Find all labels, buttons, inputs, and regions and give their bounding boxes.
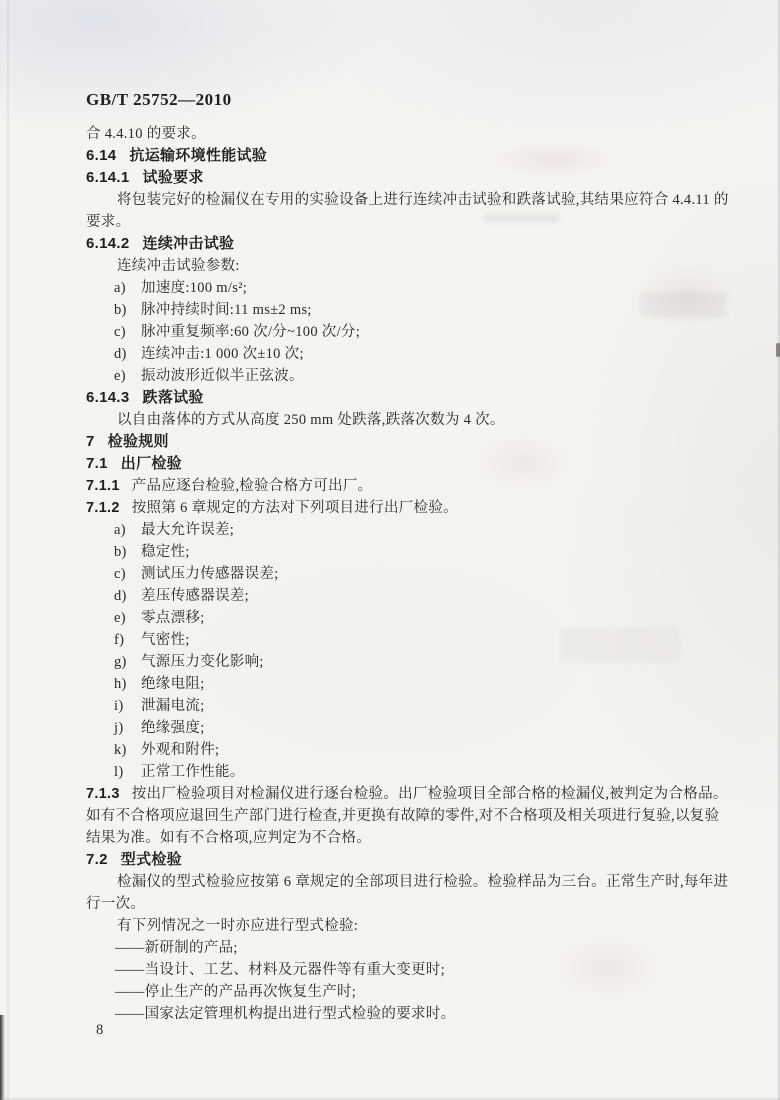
list-text: 测试压力传感器误差;	[141, 566, 279, 582]
section-heading-6-14-2: 6.14.2连续冲击试验	[86, 233, 710, 255]
clause-text: 按出厂检验项目对检漏仪进行逐台检验。出厂检验项目全部合格的检漏仪,被判定为合格品…	[132, 786, 728, 802]
list-letter: e)	[114, 607, 141, 629]
chapter-heading-7: 7检验规则	[86, 431, 710, 453]
body-line: 有下列情况之一时亦应进行型式检验:	[86, 915, 710, 937]
section-heading-6-14-3: 6.14.3跌落试验	[86, 387, 710, 409]
clause-line-7-1-1: 7.1.1产品应逐台检验,检验合格方可出厂。	[86, 475, 710, 497]
list-item: e)零点漂移;	[86, 607, 710, 629]
list-letter: b)	[114, 541, 141, 563]
list-letter: k)	[114, 739, 141, 761]
list-letter: c)	[114, 321, 141, 343]
list-item: e)振动波形近似半正弦波。	[86, 365, 710, 387]
standard-number: GB/T 25752—2010	[86, 90, 232, 110]
clause-number: 7.1.2	[86, 500, 120, 516]
list-item: i)泄漏电流;	[86, 695, 710, 717]
list-text: 气密性;	[141, 632, 190, 648]
document-page: GB/T 25752—2010 合 4.4.10 的要求。 6.14抗运输环境性…	[0, 0, 780, 1100]
body-line: 合 4.4.10 的要求。	[86, 123, 710, 145]
clause-number: 7.1.3	[86, 786, 120, 802]
section-number: 6.14.3	[86, 389, 130, 406]
body-line: 行一次。	[86, 893, 710, 915]
section-title: 抗运输环境性能试验	[129, 147, 267, 164]
document-body: 合 4.4.10 的要求。 6.14抗运输环境性能试验 6.14.1试验要求 将…	[86, 123, 710, 1025]
list-text: 最大允许误差;	[141, 522, 234, 538]
dash-item: ——国家法定管理机构提出进行型式检验的要求时。	[86, 1003, 710, 1025]
section-title: 检验规则	[108, 433, 169, 450]
list-item: a)最大允许误差;	[86, 519, 710, 541]
list-letter: a)	[114, 519, 141, 541]
body-line: 如有不合格项应退回生产部门进行检查,并更换有故障的零件,对不合格项及相关项进行复…	[86, 805, 710, 827]
list-text: 振动波形近似半正弦波。	[141, 368, 304, 384]
clause-text: 产品应逐台检验,检验合格方可出厂。	[132, 478, 373, 494]
body-line: 要求。	[86, 211, 710, 233]
scan-edge-line	[7, 0, 9, 1100]
scan-bleedthrough-artifact	[560, 628, 680, 662]
list-text: 气源压力变化影响;	[141, 654, 264, 670]
list-text: 差压传感器误差;	[141, 588, 249, 604]
list-item: j)绝缘强度;	[86, 717, 710, 739]
page-number: 8	[96, 1022, 103, 1039]
list-item: c)测试压力传感器误差;	[86, 563, 710, 585]
list-letter: i)	[114, 695, 141, 717]
section-number: 6.14.2	[86, 235, 130, 252]
body-line: 结果为准。如有不合格项,应判定为不合格。	[86, 827, 710, 849]
list-text: 绝缘强度;	[141, 720, 205, 736]
body-line: 连续冲击试验参数:	[86, 255, 710, 277]
scan-bleedthrough-artifact	[640, 292, 726, 318]
list-item: d)差压传感器误差;	[86, 585, 710, 607]
section-heading-6-14: 6.14抗运输环境性能试验	[86, 145, 710, 167]
list-letter: a)	[114, 277, 141, 299]
list-text: 稳定性;	[141, 544, 190, 560]
section-number: 7.2	[86, 851, 108, 868]
clause-number: 7.1.1	[86, 478, 120, 494]
scan-edge-mark	[776, 343, 780, 357]
list-text: 脉冲持续时间:11 ms±2 ms;	[141, 302, 312, 318]
list-item: c)脉冲重复频率:60 次/分~100 次/分;	[86, 321, 710, 343]
clause-line-7-1-3: 7.1.3按出厂检验项目对检漏仪进行逐台检验。出厂检验项目全部合格的检漏仪,被判…	[86, 783, 710, 805]
list-text: 外观和附件;	[141, 742, 219, 758]
list-letter: g)	[114, 651, 141, 673]
clause-line-7-1-2: 7.1.2按照第 6 章规定的方法对下列项目进行出厂检验。	[86, 497, 710, 519]
section-number: 6.14.1	[86, 169, 130, 186]
list-item: l)正常工作性能。	[86, 761, 710, 783]
list-letter: d)	[114, 585, 141, 607]
list-letter: c)	[114, 563, 141, 585]
list-text: 泄漏电流;	[141, 698, 205, 714]
section-heading-7-1: 7.1出厂检验	[86, 453, 710, 475]
dash-item: ——新研制的产品;	[86, 937, 710, 959]
section-title: 出厂检验	[121, 455, 182, 472]
body-line: 检漏仪的型式检验应按第 6 章规定的全部项目进行检验。检验样品为三台。正常生产时…	[86, 871, 710, 893]
scan-edge-shadow	[0, 1015, 5, 1100]
list-text: 零点漂移;	[141, 610, 205, 626]
list-text: 加速度:100 m/s²;	[141, 280, 247, 296]
list-letter: f)	[114, 629, 141, 651]
list-text: 脉冲重复频率:60 次/分~100 次/分;	[141, 324, 360, 340]
section-number: 7	[86, 433, 95, 450]
list-letter: d)	[114, 343, 141, 365]
clause-text: 按照第 6 章规定的方法对下列项目进行出厂检验。	[132, 500, 458, 516]
list-letter: h)	[114, 673, 141, 695]
list-letter: j)	[114, 717, 141, 739]
list-letter: l)	[114, 761, 141, 783]
section-heading-7-2: 7.2型式检验	[86, 849, 710, 871]
list-item: b)稳定性;	[86, 541, 710, 563]
list-text: 连续冲击:1 000 次±10 次;	[141, 346, 304, 362]
section-title: 连续冲击试验	[143, 235, 235, 252]
list-letter: b)	[114, 299, 141, 321]
body-line: 以自由落体的方式从高度 250 mm 处跌落,跌落次数为 4 次。	[86, 409, 710, 431]
section-title: 跌落试验	[143, 389, 204, 406]
section-number: 7.1	[86, 455, 108, 472]
body-line: 将包装完好的检漏仪在专用的实验设备上进行连续冲击试验和跌落试验,其结果应符合 4…	[86, 189, 710, 211]
dash-item: ——停止生产的产品再次恢复生产时;	[86, 981, 710, 1003]
scan-bleedthrough-artifact	[483, 214, 559, 223]
list-letter: e)	[114, 365, 141, 387]
section-title: 型式检验	[121, 851, 182, 868]
list-item: h)绝缘电阻;	[86, 673, 710, 695]
list-text: 正常工作性能。	[141, 764, 245, 780]
list-item: a)加速度:100 m/s²;	[86, 277, 710, 299]
dash-item: ——当设计、工艺、材料及元器件等有重大变更时;	[86, 959, 710, 981]
section-number: 6.14	[86, 147, 116, 164]
list-item: d)连续冲击:1 000 次±10 次;	[86, 343, 710, 365]
section-heading-6-14-1: 6.14.1试验要求	[86, 167, 710, 189]
list-item: k)外观和附件;	[86, 739, 710, 761]
list-item: b)脉冲持续时间:11 ms±2 ms;	[86, 299, 710, 321]
list-text: 绝缘电阻;	[141, 676, 205, 692]
section-title: 试验要求	[143, 169, 204, 186]
